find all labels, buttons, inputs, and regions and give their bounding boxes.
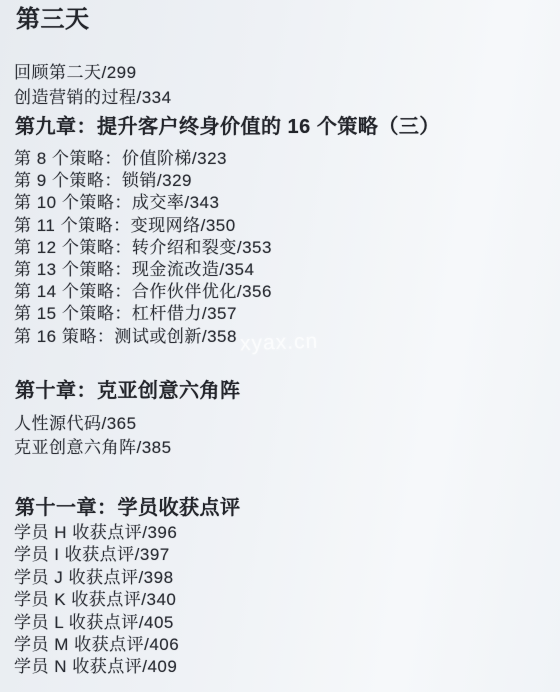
toc-entry: 创造营销的过程/334 <box>14 85 172 110</box>
toc-entry: 人性源代码/365 <box>14 412 172 436</box>
toc-entry: 第 15 个策略：杠杆借力/357 <box>14 303 272 325</box>
toc-entry: 第 14 个策略：合作伙伴优化/356 <box>14 281 272 303</box>
toc-entry: 第 16 策略：测试或创新/358 <box>14 326 272 348</box>
day-title: 第三天 <box>16 8 90 32</box>
toc-entry: 第 8 个策略：价值阶梯/323 <box>14 148 272 170</box>
toc-entry: 克亚创意六角阵/385 <box>14 436 172 460</box>
chapter10-heading: 第十章：克亚创意六角阵 <box>15 380 241 403</box>
watermark: xyax.cn <box>240 330 319 357</box>
chapter10-list: 人性源代码/365 克亚创意六角阵/385 <box>14 412 172 459</box>
toc-entry: 第 13 个策略：现金流改造/354 <box>14 259 272 281</box>
toc-page: 第三天 回顾第二天/299 创造营销的过程/334 第九章：提升客户终身价值的 … <box>0 0 560 692</box>
toc-entry: 学员 K 收获点评/340 <box>14 589 179 611</box>
toc-entry: 学员 J 收获点评/398 <box>14 567 179 589</box>
toc-entry: 第 9 个策略：锁销/329 <box>14 170 272 192</box>
toc-entry: 学员 M 收获点评/406 <box>14 634 179 656</box>
toc-entry: 学员 L 收获点评/405 <box>14 612 179 634</box>
chapter11-list: 学员 H 收获点评/396 学员 I 收获点评/397 学员 J 收获点评/39… <box>14 522 179 679</box>
toc-entry: 第 11 个策略：变现网络/350 <box>14 215 272 237</box>
toc-entry: 第 12 个策略：转介绍和裂变/353 <box>14 237 272 259</box>
intro-list: 回顾第二天/299 创造营销的过程/334 <box>14 60 172 110</box>
toc-entry: 回顾第二天/299 <box>14 60 172 85</box>
toc-entry: 第 10 个策略：成交率/343 <box>14 192 272 214</box>
chapter9-list: 第 8 个策略：价值阶梯/323 第 9 个策略：锁销/329 第 10 个策略… <box>14 148 272 348</box>
chapter11-heading: 第十一章：学员收获点评 <box>15 497 241 520</box>
toc-entry: 学员 N 收获点评/409 <box>14 656 179 678</box>
chapter9-heading: 第九章：提升客户终身价值的 16 个策略（三） <box>15 116 440 139</box>
toc-entry: 学员 I 收获点评/397 <box>14 544 179 566</box>
toc-entry: 学员 H 收获点评/396 <box>14 522 179 544</box>
